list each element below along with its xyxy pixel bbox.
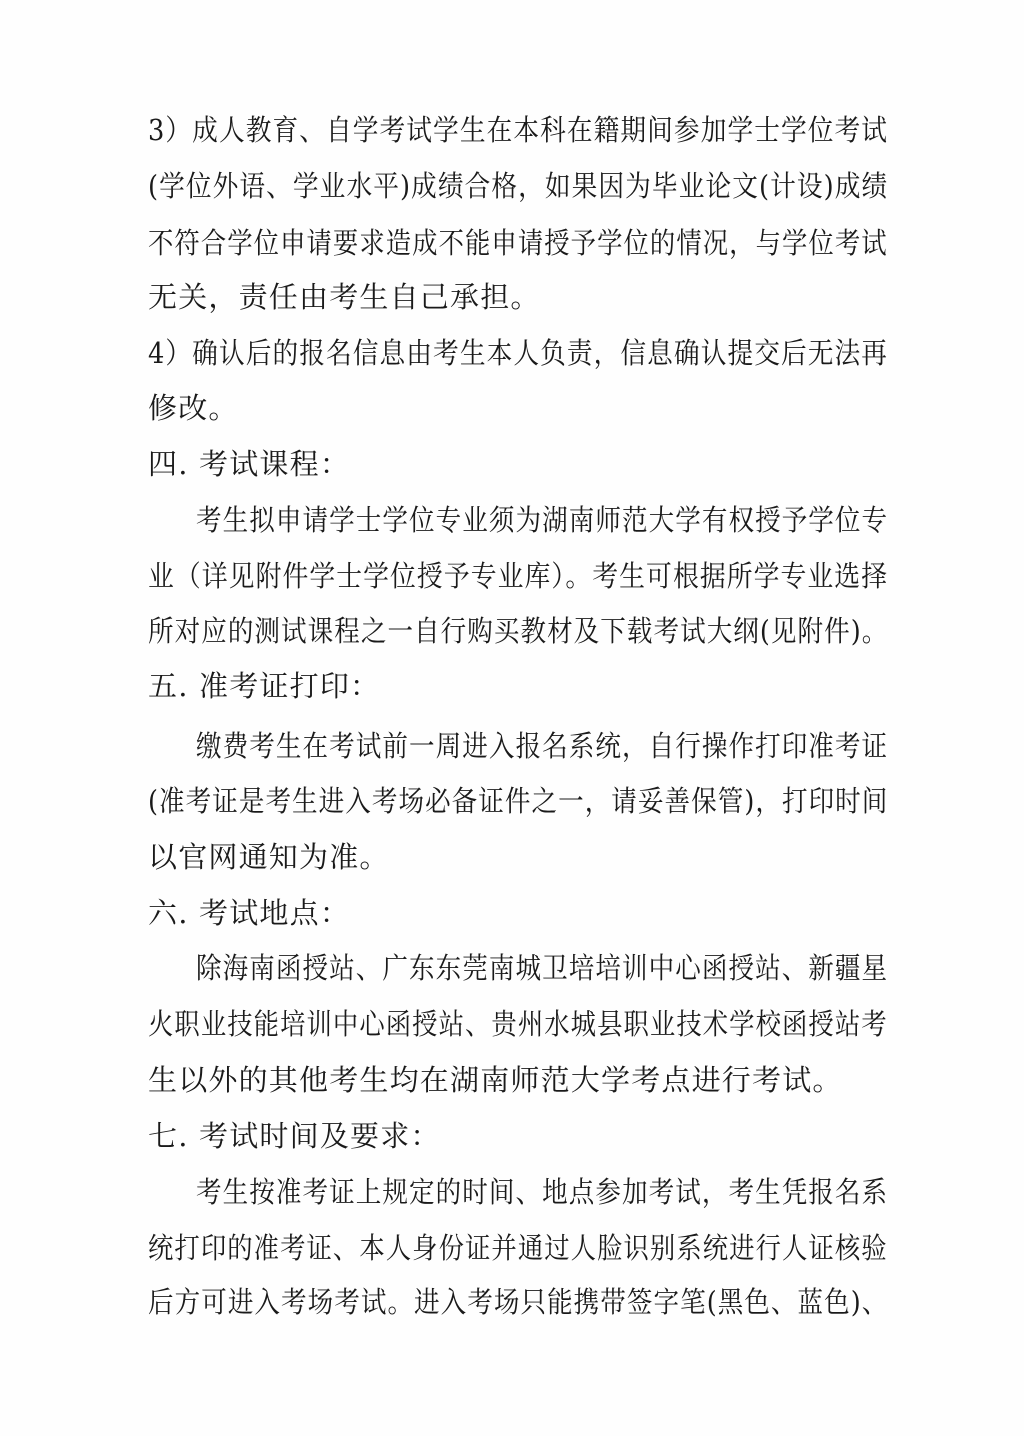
paragraph-time-line-1: 考生按准考证上规定的时间、地点参加考试，考生凭报名系 <box>196 1172 806 1212</box>
paragraph-location-line-3: 生以外的其他考生均在湖南师范大学考点进行考试。 <box>148 1060 888 1100</box>
paragraph-ticket-line-1: 缴费考生在考试前一周进入报名系统，自行操作打印准考证 <box>196 726 806 766</box>
section-heading-exam-time: 七. 考试时间及要求： <box>148 1116 888 1156</box>
paragraph-ticket-line-2: (准考证是考生进入考场必备证件之一，请妥善保管)，打印时间 <box>148 781 800 821</box>
document-page: 3）成人教育、自学考试学生在本科在籍期间参加学士学位考试 (学位外语、学业水平)… <box>0 0 1024 1436</box>
paragraph-item-3-line-1: 3）成人教育、自学考试学生在本科在籍期间参加学士学位考试 <box>148 110 804 150</box>
paragraph-item-4-line-2: 修改。 <box>148 388 888 428</box>
paragraph-ticket-line-3: 以官网通知为准。 <box>148 837 888 877</box>
paragraph-item-3-line-4: 无关，责任由考生自己承担。 <box>148 277 888 317</box>
section-heading-exam-courses: 四. 考试课程： <box>148 444 888 484</box>
paragraph-location-line-2: 火职业技能培训中心函授站、贵州水城县职业技术学校函授站考 <box>148 1004 795 1044</box>
paragraph-time-line-2: 统打印的准考证、本人身份证并通过人脸识别系统进行人证核验 <box>148 1228 795 1268</box>
paragraph-courses-line-1: 考生拟申请学士学位专业须为湖南师范大学有权授予学位专 <box>196 500 806 540</box>
paragraph-courses-line-2: 业（详见附件学士学位授予专业库）。考生可根据所学专业选择 <box>148 556 807 596</box>
paragraph-courses-line-3: 所对应的测试课程之一自行购买教材及下载考试大纲(见附件)。 <box>148 611 800 651</box>
paragraph-location-line-1: 除海南函授站、广东东莞南城卫培培训中心函授站、新疆星 <box>196 948 806 988</box>
paragraph-time-line-3: 后方可进入考场考试。进入考场只能携带签字笔(黑色、蓝色)、 <box>148 1282 800 1322</box>
section-heading-exam-location: 六. 考试地点： <box>148 893 888 933</box>
paragraph-item-4-line-1: 4）确认后的报名信息由考生本人负责，信息确认提交后无法再 <box>148 333 804 373</box>
paragraph-item-3-line-2: (学位外语、学业水平)成绩合格，如果因为毕业论文(计设)成绩 <box>148 166 804 206</box>
paragraph-item-3-line-3: 不符合学位申请要求造成不能申请授予学位的情况，与学位考试 <box>148 223 795 263</box>
section-heading-admission-ticket: 五. 准考证打印： <box>148 666 888 706</box>
